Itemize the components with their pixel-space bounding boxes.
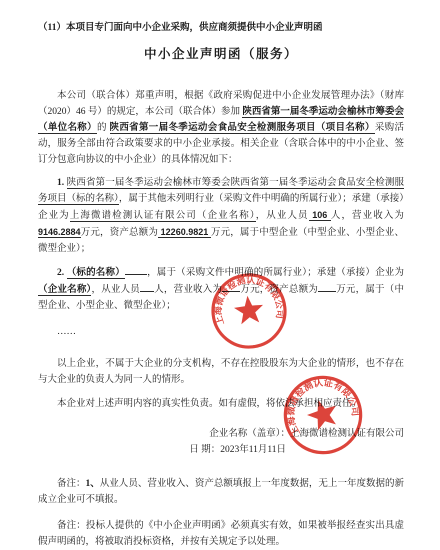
item-1-employees-number: 106 <box>312 210 327 220</box>
item-2-text-3: ，从业人员 <box>91 285 140 295</box>
item-1-paragraph: 1. 陕西省第一届冬季运动会榆林市筹委会陕西省第一届冬季运动会食品安全检测服务项… <box>38 175 404 257</box>
stamp-star-icon <box>304 395 342 432</box>
project-name-underlined: 陕西省第一届冬季运动会食品安全检测服务项目（项目名称） <box>110 123 375 134</box>
item-2-company-label: （企业名称） <box>38 285 91 296</box>
intro-text-2: 的 <box>97 123 110 133</box>
item-1-text-4: 人，营业收入为 <box>331 211 404 221</box>
item-1-assets-value: 12260.9821 <box>158 227 211 238</box>
item-2-number: 2. <box>57 268 64 278</box>
item-1-revenue-value: 9146.2884 <box>38 227 81 238</box>
remark-2-paragraph: 备注：投标人提供的《中小企业声明函》必须真实有效，如果被举报经查实出具虚假声明函… <box>38 518 404 550</box>
stamp-star-icon <box>233 294 265 325</box>
remark-1-label: 备注： <box>57 479 86 489</box>
item-1-company-underlined: 上海微谱检测认证有限公司（企业名称） <box>70 211 256 222</box>
blank-underline <box>318 281 336 292</box>
remark-1-paragraph: 备注：1、从业人员、营业收入、资产总额填报上一年度数据，无上一年度数据的新成立企… <box>38 476 404 508</box>
remark-1-number: 1、 <box>86 479 100 489</box>
item-1-assets-number: 12260.9821 <box>161 227 209 237</box>
item-1-employees-value: 106 <box>309 210 331 221</box>
page-title: 中小企业声明函（服务） <box>38 46 404 62</box>
blank-underline <box>140 281 154 292</box>
item-1-text-5: 万元，资产总额为 <box>81 228 158 238</box>
item-1-number: 1. <box>57 178 64 188</box>
intro-paragraph: 本公司（联合体）郑重声明，根据《政府采购促进中小企业发展管理办法》（财库（202… <box>38 88 404 168</box>
header-note: （11）本项目专门面向中小企业采购，供应商须提供中小企业声明函 <box>38 20 404 36</box>
item-1-text-3: ，从业人员 <box>256 211 309 221</box>
company-seal-stamp-top: 上海微谱检测认证有限公司 <box>200 262 299 361</box>
blank-underline <box>125 264 147 275</box>
item-2-subject-label: （标的名称） <box>67 268 125 279</box>
document-page: （11）本项目专门面向中小企业采购，供应商须提供中小企业声明函 中小企业声明函（… <box>0 0 440 550</box>
